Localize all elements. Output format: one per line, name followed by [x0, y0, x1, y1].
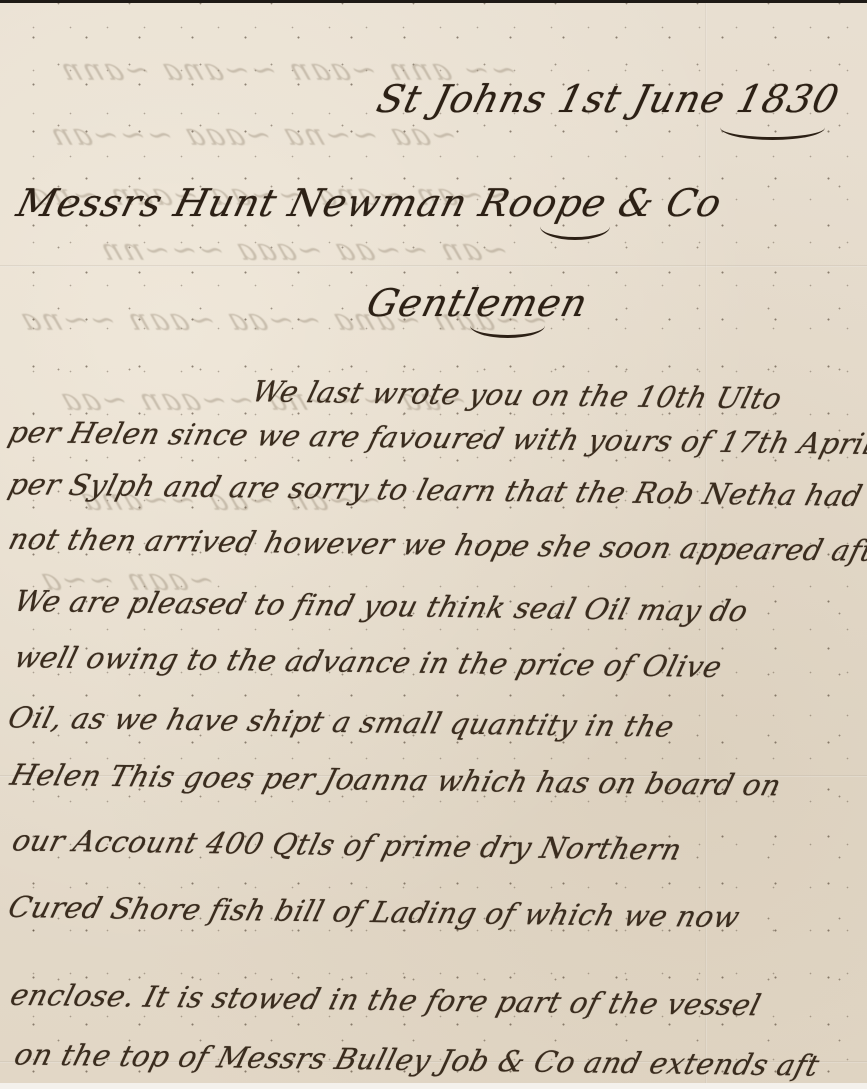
letter-line: Oil, as we have shipt a small quantity i… — [5, 700, 678, 743]
greeting-flourish — [470, 313, 545, 338]
letter-line: per Helen since we are favoured with you… — [5, 415, 867, 461]
letter-page: ~~ ann ~aan ~~ana ~ann ~aa ~~na ~aaa ~~~… — [0, 3, 867, 1083]
letter-line: We are pleased to find you think seal Oi… — [11, 584, 752, 628]
letter-line: Helen This goes per Joanna which has on … — [7, 758, 785, 803]
scan-edge — [0, 1083, 867, 1089]
dateline-flourish — [720, 115, 825, 140]
addressee-flourish — [540, 213, 610, 240]
bleed-through-text: ~aa ~~na ~aaa ~~~an — [44, 118, 463, 153]
letter-line: Cured Shore fish bill of Lading of which… — [5, 890, 744, 934]
bleed-through-text: ~an ~~aa ~aaa ~~~nn — [94, 233, 515, 268]
letter-line: enclose. It is stowed in the fore part o… — [7, 978, 765, 1022]
letter-line: well owing to the advance in the price o… — [11, 640, 726, 684]
letter-line: our Account 400 Qtls of prime dry Northe… — [9, 823, 686, 866]
letter-line: not then arrived however we hope she soo… — [5, 522, 867, 569]
letter-line: on the top of Messrs Bulley Job & Co and… — [11, 1037, 823, 1082]
addressee: Messrs Hunt Newman Roope & Co — [13, 181, 727, 225]
